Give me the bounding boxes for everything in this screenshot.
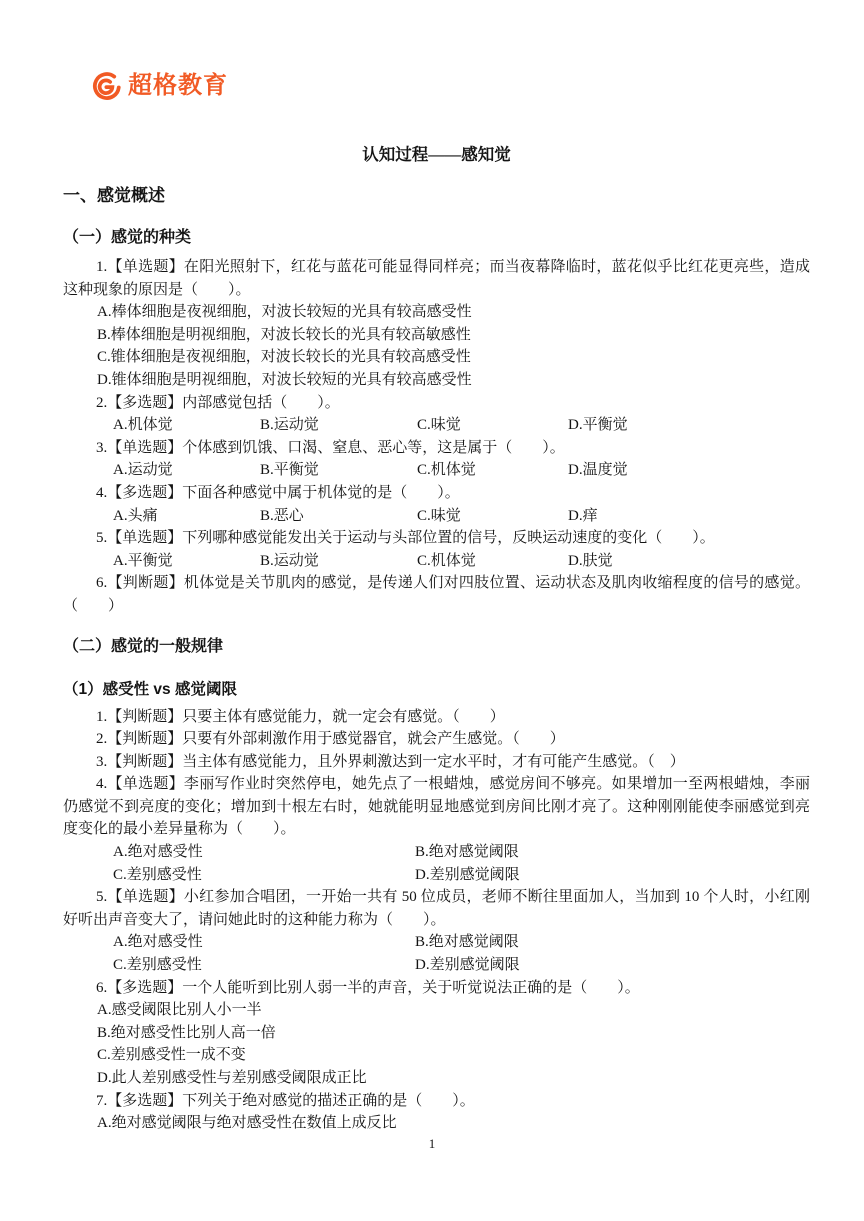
logo-g-icon [91,71,121,101]
question-stem: 6.【多选题】一个人能听到比别人弱一半的声音，关于听觉说法正确的是（ ）。 [63,977,810,1000]
question-stem: 5.【单选题】小红参加合唱团，一开始一共有 50 位成员，老师不断往里面加人，当… [63,886,810,931]
option: A.绝对感觉阈限与绝对感受性在数值上成反比 [63,1112,810,1135]
section-heading-1: 一、感觉概述 [63,185,810,207]
option: C.差别感受性一成不变 [63,1044,810,1067]
option: B.运动觉 [260,550,417,573]
option: A.平衡觉 [113,550,260,573]
question-stem: 3.【判断题】当主体有感觉能力，且外界刺激达到一定水平时，才有可能产生感觉。（ … [63,751,810,774]
subsection-heading-2-1: （1）感受性 vs 感觉阈限 [63,679,810,700]
option: A.绝对感受性 [113,841,415,864]
question-stem: 4.【单选题】李丽写作业时突然停电，她先点了一根蜡烛，感觉房间不够亮。如果增加一… [63,773,810,841]
option: A.感受阈限比别人小一半 [63,999,810,1022]
option: C.味觉 [417,505,568,528]
option: B.平衡觉 [260,459,417,482]
option: A.机体觉 [113,414,260,437]
option: A.棒体细胞是夜视细胞，对波长较短的光具有较高感受性 [63,301,810,324]
option: D.痒 [568,505,810,528]
option: B.恶心 [260,505,417,528]
option: D.肤觉 [568,550,810,573]
brand-logo-text: 超格教育 [128,71,228,101]
question-stem: 2.【多选题】内部感觉包括（ ）。 [63,392,810,415]
option: D.锥体细胞是明视细胞，对波长较短的光具有较高感受性 [63,369,810,392]
option: D.温度觉 [568,459,810,482]
question-stem: 7.【多选题】下列关于绝对感觉的描述正确的是（ ）。 [63,1090,810,1113]
option: A.绝对感受性 [113,931,415,954]
option: B.绝对感觉阈限 [415,931,810,954]
option-row: A.平衡觉 B.运动觉 C.机体觉 D.肤觉 [63,550,810,573]
option: D.差别感觉阈限 [415,954,810,977]
option-row: C.差别感受性 D.差别感觉阈限 [63,954,810,977]
option-row: A.运动觉 B.平衡觉 C.机体觉 D.温度觉 [63,459,810,482]
subsection-heading-2: （二）感觉的一般规律 [63,636,810,657]
question-stem: 1.【判断题】只要主体有感觉能力，就一定会有感觉。（ ） [63,706,810,729]
option: D.平衡觉 [568,414,810,437]
option-row: A.绝对感受性 B.绝对感觉阈限 [63,841,810,864]
document-page: 超格教育 认知过程——感知觉 一、感觉概述 （一）感觉的种类 1.【单选题】在阳… [0,70,864,1135]
question-stem: 4.【多选题】下面各种感觉中属于机体觉的是（ ）。 [63,482,810,505]
option: B.棒体细胞是明视细胞，对波长较长的光具有较高敏感性 [63,324,810,347]
option: D.此人差别感受性与差别感受阈限成正比 [63,1067,810,1090]
option-row: A.机体觉 B.运动觉 C.味觉 D.平衡觉 [63,414,810,437]
page-number: 1 [0,1136,864,1152]
option-row: C.差别感受性 D.差别感觉阈限 [63,864,810,887]
option: C.差别感受性 [113,954,415,977]
option: C.差别感受性 [113,864,415,887]
option: A.头痛 [113,505,260,528]
subsection-heading-1-1: （一）感觉的种类 [63,227,810,248]
brand-logo: 超格教育 [91,70,810,102]
document-title: 认知过程——感知觉 [63,144,810,165]
option: A.运动觉 [113,459,260,482]
option-row: A.绝对感受性 B.绝对感觉阈限 [63,931,810,954]
question-stem: 5.【单选题】下列哪种感觉能发出关于运动与头部位置的信号，反映运动速度的变化（ … [63,527,810,550]
option: C.锥体细胞是夜视细胞，对波长较长的光具有较高感受性 [63,346,810,369]
question-stem: 6.【判断题】机体觉是关节肌肉的感觉，是传递人们对四肢位置、运动状态及肌肉收缩程… [63,572,810,617]
option: C.机体觉 [417,550,568,573]
question-stem: 1.【单选题】在阳光照射下，红花与蓝花可能显得同样亮；而当夜幕降临时，蓝花似乎比… [63,256,810,301]
option: B.绝对感觉阈限 [415,841,810,864]
option: B.绝对感受性比别人高一倍 [63,1022,810,1045]
option: C.机体觉 [417,459,568,482]
option: D.差别感觉阈限 [415,864,810,887]
option: C.味觉 [417,414,568,437]
question-stem: 2.【判断题】只要有外部刺激作用于感觉器官，就会产生感觉。（ ） [63,728,810,751]
option-row: A.头痛 B.恶心 C.味觉 D.痒 [63,505,810,528]
question-stem: 3.【单选题】个体感到饥饿、口渴、窒息、恶心等，这是属于（ ）。 [63,437,810,460]
option: B.运动觉 [260,414,417,437]
